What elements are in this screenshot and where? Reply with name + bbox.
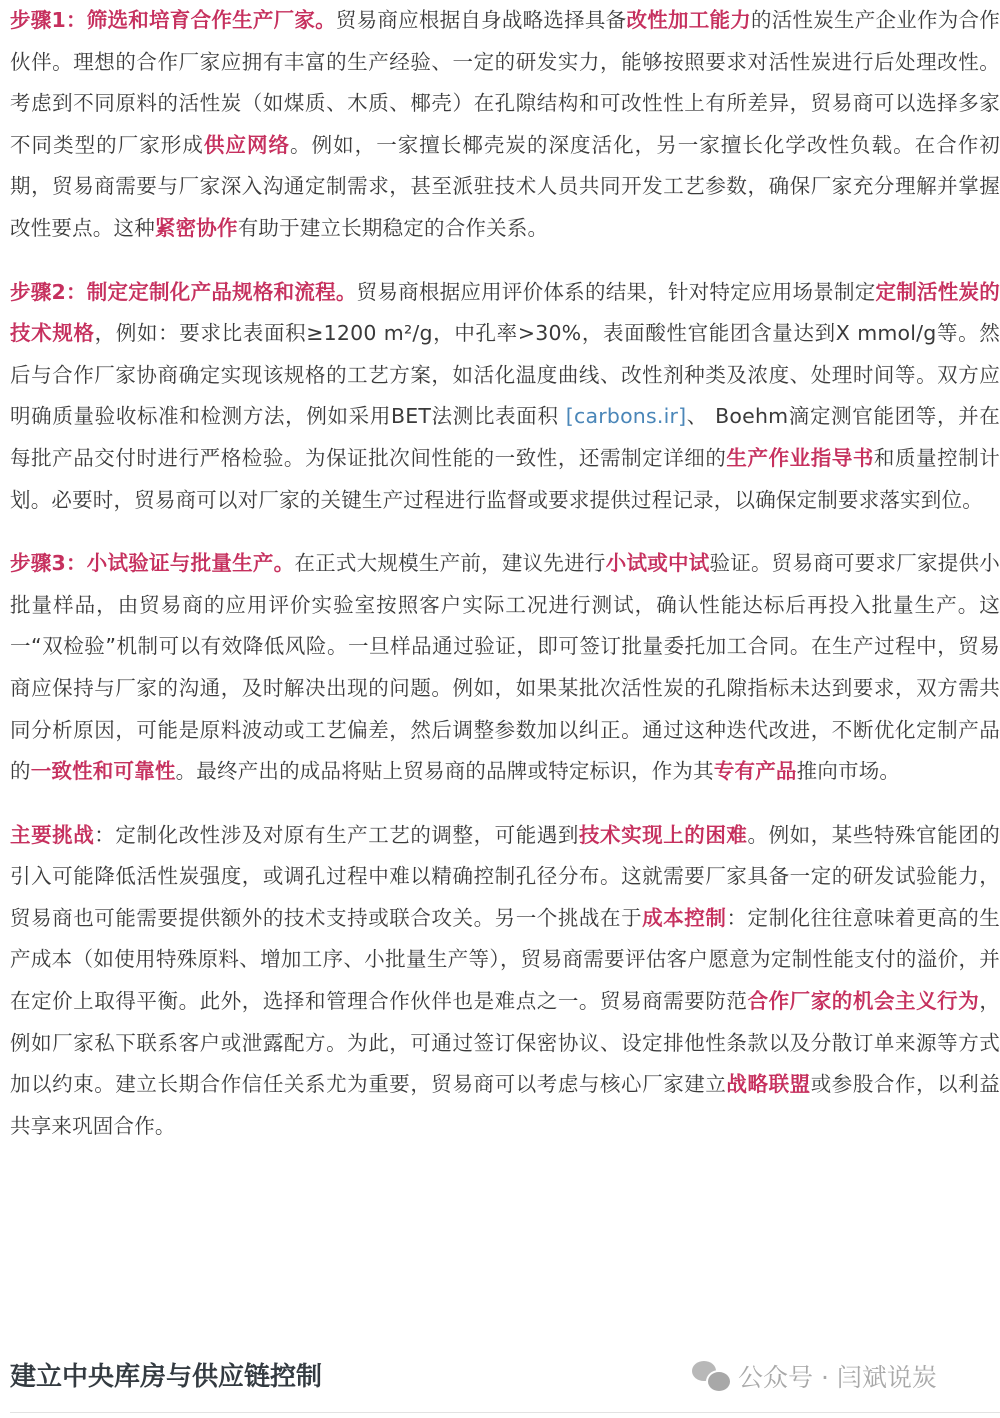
highlighted-text: 步骤3：小试验证与批量生产。 (10, 551, 294, 575)
text-segment: 。最终产出的成品将贴上贸易商的品牌或特定标识，作为其 (176, 759, 714, 783)
text-segment: 在正式大规模生产前，建议先进行 (294, 551, 605, 575)
paragraph-step-3: 步骤3：小试验证与批量生产。在正式大规模生产前，建议先进行小试或中试验证。贸易商… (10, 543, 1000, 793)
text-segment: ：定制化改性涉及对原有生产工艺的调整，可能遇到 (94, 823, 579, 847)
text-segment: 验证。贸易商可要求厂家提供小批量样品，由贸易商的应用评价实验室按照客户实际工况进… (10, 551, 1000, 783)
reference-link[interactable]: [carbons.ir] (566, 404, 687, 428)
highlighted-text: 步骤2：制定定制化产品规格和流程。 (10, 280, 357, 304)
highlighted-text: 生产作业指导书 (726, 446, 874, 470)
watermark: 公众号 · 闫斌说炭 (692, 1358, 937, 1394)
highlighted-text: 战略联盟 (726, 1072, 810, 1096)
paragraph-challenges: 主要挑战：定制化改性涉及对原有生产工艺的调整，可能遇到技术实现上的困难。例如，某… (10, 815, 1000, 1148)
article-body: 步骤1：筛选和培育合作生产厂家。贸易商应根据自身战略选择具备改性加工能力的活性炭… (0, 0, 1000, 1147)
highlighted-text: 紧密协作 (155, 216, 238, 240)
highlighted-text: 主要挑战 (10, 823, 94, 847)
section-heading: 建立中央库房与供应链控制 (10, 1356, 322, 1393)
highlighted-text: 供应网络 (204, 133, 290, 157)
wechat-icon (692, 1361, 730, 1391)
highlighted-text: 步骤1：筛选和培育合作生产厂家。 (10, 8, 336, 32)
highlighted-text: 成本控制 (642, 906, 726, 930)
paragraph-step-1: 步骤1：筛选和培育合作生产厂家。贸易商应根据自身战略选择具备改性加工能力的活性炭… (10, 0, 1000, 250)
text-segment: 贸易商应根据自身战略选择具备 (336, 8, 627, 32)
highlighted-text: 专有产品 (714, 759, 797, 783)
highlighted-text: 技术实现上的困难 (579, 823, 748, 847)
highlighted-text: 一致性和可靠性 (31, 759, 176, 783)
text-segment: 贸易商根据应用评价体系的结果，针对特定应用场景制定 (357, 280, 876, 304)
highlighted-text: 合作厂家的机会主义行为 (748, 989, 980, 1013)
paragraph-step-2: 步骤2：制定定制化产品规格和流程。贸易商根据应用评价体系的结果，针对特定应用场景… (10, 272, 1000, 522)
highlighted-text: 改性加工能力 (626, 8, 751, 32)
watermark-text: 公众号 · 闫斌说炭 (738, 1358, 937, 1394)
divider (10, 1412, 1000, 1413)
text-segment: 有助于建立长期稳定的合作关系。 (238, 216, 549, 240)
highlighted-text: 小试或中试 (606, 551, 710, 575)
text-segment: 推向市场。 (797, 759, 901, 783)
